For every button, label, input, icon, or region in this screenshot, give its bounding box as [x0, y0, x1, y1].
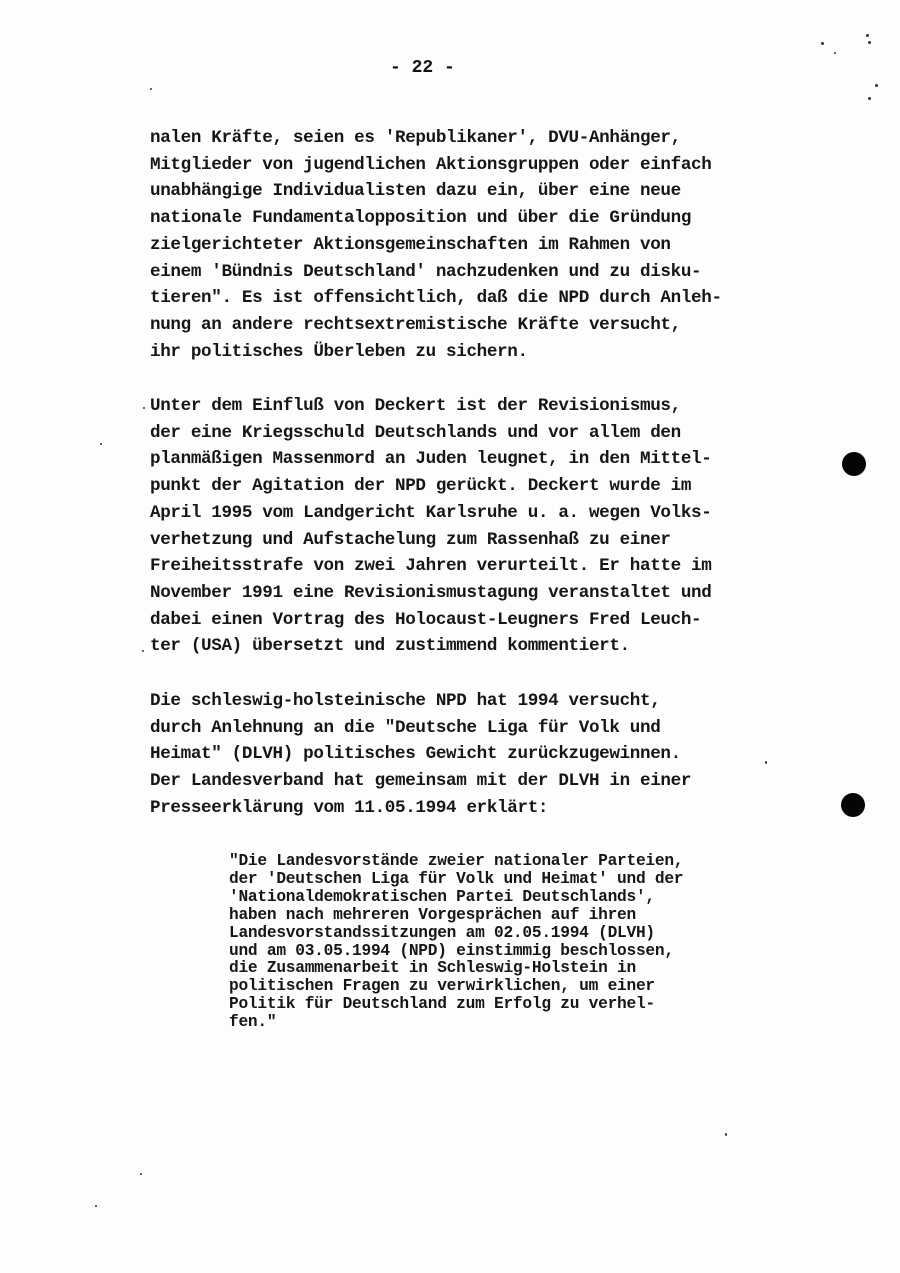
scan-speck — [821, 42, 824, 45]
text-line: verhetzung und Aufstachelung zum Rassenh… — [150, 527, 810, 554]
text-line: durch Anlehnung an die "Deutsche Liga fü… — [150, 715, 810, 742]
quote-line: politischen Fragen zu verwirklichen, um … — [229, 978, 789, 996]
text-line: nationale Fundamentalopposition und über… — [150, 205, 810, 232]
text-line: der eine Kriegsschuld Deutschlands und v… — [150, 420, 810, 447]
text-line: einem 'Bündnis Deutschland' nachzudenken… — [150, 259, 810, 286]
text-line: punkt der Agitation der NPD gerückt. Dec… — [150, 473, 810, 500]
text-line: tieren". Es ist offensichtlich, daß die … — [150, 285, 810, 312]
text-line: Presseerklärung vom 11.05.1994 erklärt: — [150, 795, 810, 822]
quote-line: die Zusammenarbeit in Schleswig-Holstein… — [229, 960, 789, 978]
scan-speck — [140, 1173, 142, 1175]
text-line: ihr politisches Überleben zu sichern. — [150, 339, 810, 366]
scan-speck — [150, 88, 152, 90]
quote-line: 'Nationaldemokratischen Partei Deutschla… — [229, 889, 789, 907]
text-line: ter (USA) übersetzt und zustimmend komme… — [150, 633, 810, 660]
quote-line: Politik für Deutschland zum Erfolg zu ve… — [229, 996, 789, 1014]
text-line: Unter dem Einfluß von Deckert ist der Re… — [150, 393, 810, 420]
scan-speck — [866, 34, 869, 37]
quote-line: haben nach mehreren Vorgesprächen auf ih… — [229, 907, 789, 925]
scan-speck — [100, 443, 102, 445]
scanned-document-page: - 22 - nalen Kräfte, seien es 'Republika… — [0, 0, 900, 1273]
quote-line: "Die Landesvorstände zweier nationaler P… — [229, 853, 789, 871]
text-line: zielgerichteter Aktionsgemeinschaften im… — [150, 232, 810, 259]
text-line: planmäßigen Massenmord an Juden leugnet,… — [150, 446, 810, 473]
quote-line: der 'Deutschen Liga für Volk und Heimat'… — [229, 871, 789, 889]
text-line: Freiheitsstrafe von zwei Jahren verurtei… — [150, 553, 810, 580]
scan-speck — [143, 407, 145, 409]
filled-circle-bullet-icon — [841, 793, 865, 817]
filled-circle-bullet-icon — [842, 452, 866, 476]
paragraph-2: Unter dem Einfluß von Deckert ist der Re… — [150, 393, 810, 660]
quote-line: und am 03.05.1994 (NPD) einstimmig besch… — [229, 943, 789, 961]
scan-speck — [868, 41, 871, 44]
text-line: Der Landesverband hat gemeinsam mit der … — [150, 768, 810, 795]
scan-speck — [875, 84, 878, 87]
text-line: Die schleswig-holsteinische NPD hat 1994… — [150, 688, 810, 715]
scan-speck — [834, 52, 836, 54]
text-line: dabei einen Vortrag des Holocaust-Leugne… — [150, 607, 810, 634]
scan-speck — [765, 761, 767, 764]
text-line: Mitglieder von jugendlichen Aktionsgrupp… — [150, 152, 810, 179]
quote-line: fen." — [229, 1014, 789, 1032]
quote-line: Landesvorstandssitzungen am 02.05.1994 (… — [229, 925, 789, 943]
text-line: nung an andere rechtsextremistische Kräf… — [150, 312, 810, 339]
block-quote: "Die Landesvorstände zweier nationaler P… — [229, 853, 789, 1032]
text-line: November 1991 eine Revisionismustagung v… — [150, 580, 810, 607]
text-line: April 1995 vom Landgericht Karlsruhe u. … — [150, 500, 810, 527]
text-line: Heimat" (DLVH) politisches Gewicht zurüc… — [150, 741, 810, 768]
scan-speck — [95, 1205, 97, 1207]
scan-speck — [142, 650, 144, 652]
scan-speck — [725, 1133, 727, 1136]
page-number: - 22 - — [390, 58, 455, 78]
paragraph-3: Die schleswig-holsteinische NPD hat 1994… — [150, 688, 810, 822]
paragraph-1: nalen Kräfte, seien es 'Republikaner', D… — [150, 125, 810, 365]
scan-speck — [868, 97, 871, 100]
text-line: nalen Kräfte, seien es 'Republikaner', D… — [150, 125, 810, 152]
text-line: unabhängige Individualisten dazu ein, üb… — [150, 178, 810, 205]
